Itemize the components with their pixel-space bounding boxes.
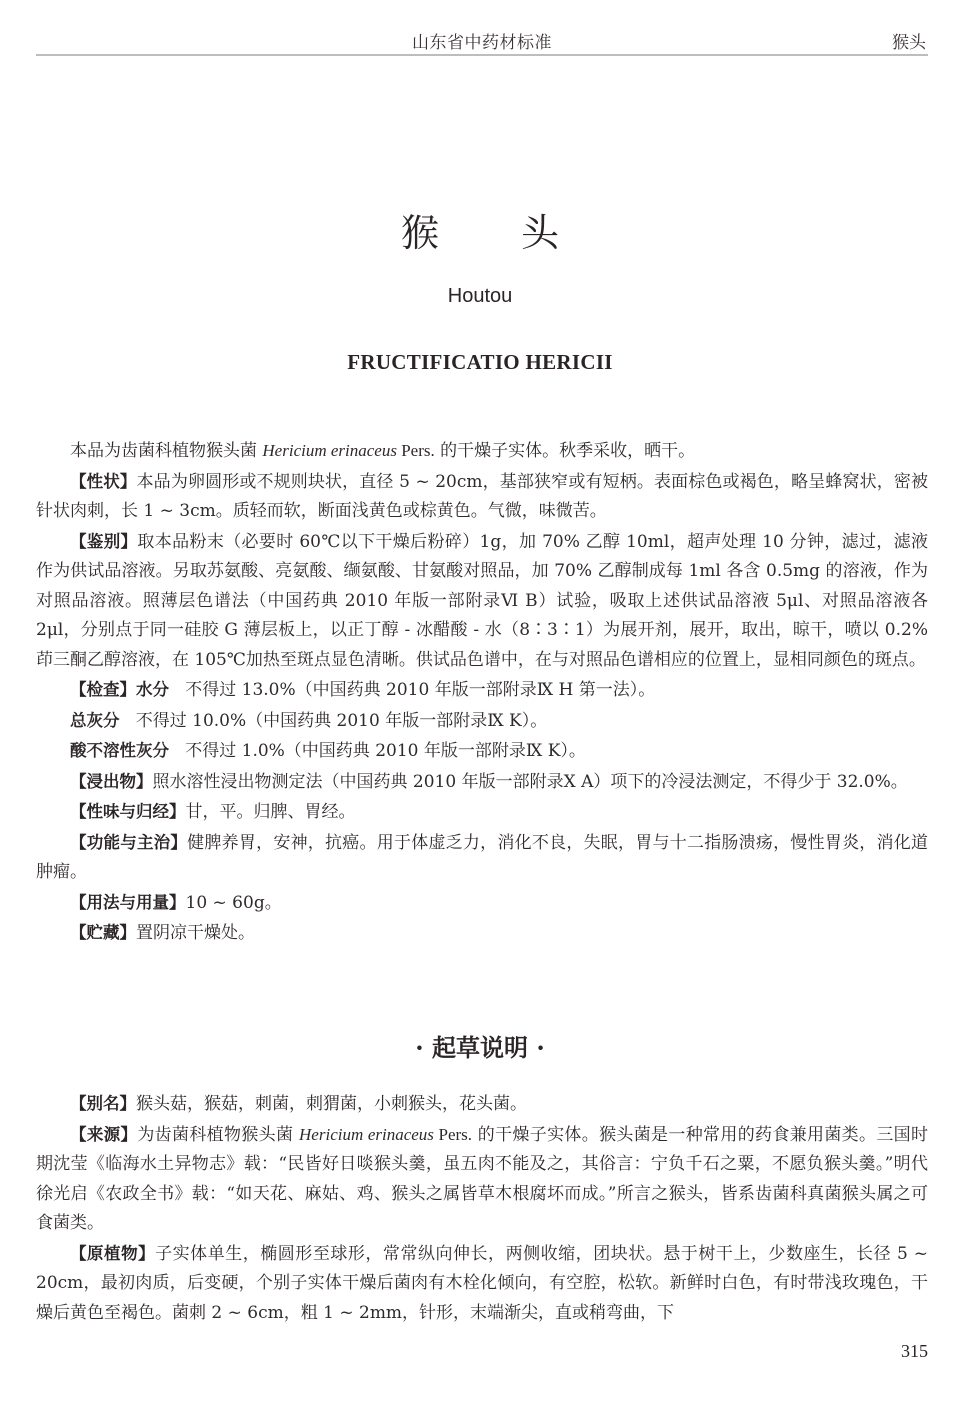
page-number: 315 — [901, 1341, 928, 1362]
dosage-paragraph: 【用法与用量】10 ~ 60g。 — [36, 888, 928, 919]
identification-paragraph: 【鉴别】取本品粉末（必要时 60℃以下干燥后粉碎）1g，加 70% 乙醇 10m… — [36, 527, 928, 676]
title-char-2: 头 — [521, 202, 559, 257]
section-tag: 【检查】 — [70, 680, 136, 699]
nature-paragraph: 【性味与归经】甘，平。归脾、胃经。 — [36, 797, 928, 828]
section-tag: 【原植物】 — [70, 1244, 155, 1263]
function-paragraph: 【功能与主治】健脾养胃，安神，抗癌。用于体虚乏力，消化不良，失眠，胃与十二指肠溃… — [36, 828, 928, 888]
source-paragraph: 【来源】为齿菌科植物猴头菌 Hericium erinaceus Pers. 的… — [36, 1120, 928, 1239]
alias-paragraph: 【别名】猴头菇，猴菇，刺菌，刺猬菌，小刺猴头，花头菌。 — [36, 1089, 928, 1120]
entry-name: 猴头 — [892, 28, 926, 53]
book-title: 山东省中药材标准 — [36, 28, 928, 53]
section-tag: 【贮藏】 — [70, 923, 136, 942]
section-tag: 【浸出物】 — [70, 772, 153, 791]
section-tag: 【性味与归经】 — [70, 802, 186, 821]
inspection-acid-insoluble-ash: 酸不溶性灰分 不得过 1.0%（中国药典 2010 年版一部附录Ⅸ K）。 — [36, 736, 928, 767]
title-latin: FRUCTIFICATIO HERICII — [0, 350, 960, 375]
title-char-1: 猴 — [401, 202, 439, 257]
storage-paragraph: 【贮藏】置阴凉干燥处。 — [36, 918, 928, 949]
page-title: 猴头 — [0, 202, 960, 257]
title-pinyin: Houtou — [0, 285, 960, 308]
intro-paragraph: 本品为齿菌科植物猴头菌 Hericium erinaceus Pers. 的干燥… — [36, 436, 928, 467]
section-tag: 【别名】 — [70, 1094, 136, 1113]
characters-paragraph: 【性状】本品为卵圆形或不规则块状，直径 5 ~ 20cm，基部狭窄或有短柄。表面… — [36, 467, 928, 527]
latin-name: Hericium erinaceus — [299, 1125, 434, 1144]
inspection-moisture: 【检查】水分 不得过 13.0%（中国药典 2010 年版一部附录Ⅸ H 第一法… — [36, 675, 928, 706]
section-tag: 【来源】 — [70, 1125, 137, 1144]
section-tag: 【功能与主治】 — [70, 833, 187, 852]
section-tag: 【鉴别】 — [70, 532, 137, 551]
inspection-total-ash: 总灰分 不得过 10.0%（中国药典 2010 年版一部附录Ⅸ K）。 — [36, 706, 928, 737]
drafting-notes-heading: · 起草说明 · — [0, 1028, 960, 1063]
header-rule — [36, 54, 928, 56]
extract-paragraph: 【浸出物】照水溶性浸出物测定法（中国药典 2010 年版一部附录Ⅹ A）项下的冷… — [36, 767, 928, 798]
section-tag: 【性状】 — [70, 472, 137, 491]
running-header: 山东省中药材标准 猴头 — [36, 28, 928, 56]
original-plant-paragraph: 【原植物】子实体单生，椭圆形至球形，常常纵向伸长，两侧收缩，团块状。悬于树干上，… — [36, 1239, 928, 1329]
section-tag: 【用法与用量】 — [70, 893, 186, 912]
drafting-notes-body: 【别名】猴头菇，猴菇，刺菌，刺猬菌，小刺猴头，花头菌。 【来源】为齿菌科植物猴头… — [36, 1089, 928, 1328]
latin-name: Hericium erinaceus — [262, 441, 397, 460]
monograph-body: 本品为齿菌科植物猴头菌 Hericium erinaceus Pers. 的干燥… — [36, 436, 928, 949]
